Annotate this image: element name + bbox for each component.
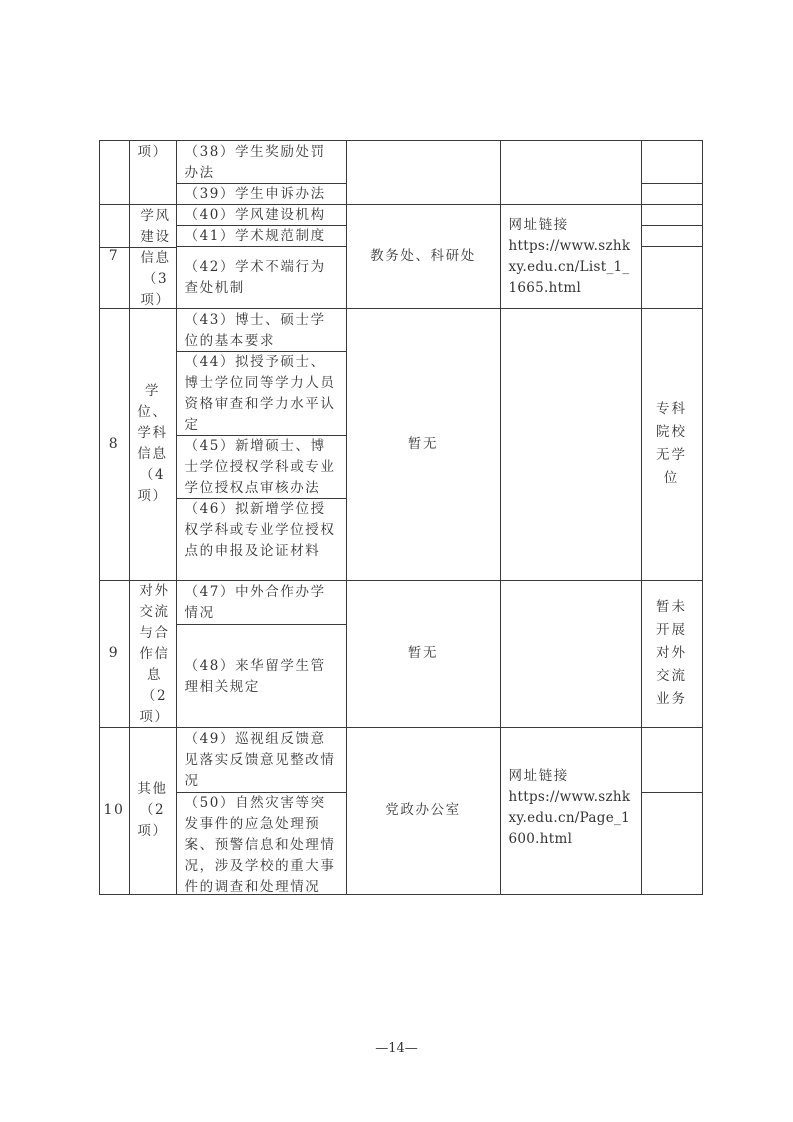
category-text: 学位、学科信息（4项） [135, 381, 171, 507]
item-text: （50）自然灾害等突发事件的应急处理预案、预警信息和处理情况，涉及学校的重大事件… [177, 793, 346, 898]
remark-cell [641, 204, 703, 226]
remark-cell [641, 225, 703, 247]
remark-text: 暂未开展对外交流业务 [652, 596, 692, 711]
row-number-cell: 8 [99, 308, 130, 581]
item-cell: （46）拟新增学位授权学科或专业学位授权点的申报及论证材料 [176, 498, 347, 581]
department-cell: 教务处、科研处 [346, 204, 501, 309]
item-text: （44）拟授予硕士、博士学位同等学力人员资格审查和学力水平认定 [177, 352, 346, 436]
department-cell: 暂无 [346, 580, 501, 728]
item-cell: （49）巡视组反馈意见落实反馈意见整改情况 [176, 727, 347, 793]
row-number: 10 [103, 800, 124, 821]
link-label: 网址链接 [509, 215, 635, 236]
item-text: （42）学术不端行为查处机制 [177, 257, 346, 299]
link-cell [500, 580, 642, 728]
item-cell: （45）新增硕士、博士学位授权学科或专业学位授权点审核办法 [176, 435, 347, 499]
remark-cell: 专科院校无学位 [641, 308, 703, 581]
item-cell: （42）学术不端行为查处机制 [176, 246, 347, 309]
remark-text: 专科院校无学位 [652, 398, 692, 490]
item-cell: （47）中外合作办学情况 [176, 580, 347, 625]
item-text: （43）博士、硕士学位的基本要求 [177, 310, 346, 352]
item-cell: （48）来华留学生管理相关规定 [176, 624, 347, 728]
category-cell: 学风建设信息（3项） [129, 204, 177, 309]
url-link[interactable]: https://www.szhkxy.edu.cn/List_1_1665.ht… [509, 236, 635, 299]
department-cell: 暂无 [346, 308, 501, 581]
item-text: （40）学风建设机构 [177, 205, 346, 226]
item-cell: （39）学生申诉办法 [176, 183, 347, 205]
link-cell [500, 140, 642, 205]
remark-cell [641, 183, 703, 205]
url-link[interactable]: https://www.szhkxy.edu.cn/Page_1600.html [509, 787, 635, 850]
link-cell: 网址链接 https://www.szhkxy.edu.cn/List_1_16… [500, 204, 642, 309]
category-cell: 对外交流与合作信息（2项） [129, 580, 177, 728]
link-cell: 网址链接 https://www.szhkxy.edu.cn/Page_1600… [500, 727, 642, 895]
row-number: 8 [109, 434, 120, 455]
item-cell: （50）自然灾害等突发事件的应急处理预案、预警信息和处理情况，涉及学校的重大事件… [176, 792, 347, 895]
remark-cell [641, 792, 703, 895]
row-number-cell: 7 [99, 204, 130, 309]
link-label: 网址链接 [509, 766, 635, 787]
category-cell: 学位、学科信息（4项） [129, 308, 177, 581]
category-text: 对外交流与合作信息（2项） [136, 581, 174, 728]
category-text: 其他（2项） [134, 779, 172, 842]
department-text: 暂无 [408, 643, 438, 664]
remark-cell [641, 140, 703, 184]
page-number: —14— [0, 1041, 793, 1056]
item-text: （48）来华留学生管理相关规定 [177, 656, 346, 698]
row-number-cell: 10 [99, 727, 130, 895]
item-cell: （43）博士、硕士学位的基本要求 [176, 308, 347, 352]
disclosure-table: 项） （38）学生奖励处罚办法 （39）学生申诉办法 7 学风建设信息（3项） … [99, 140, 703, 895]
item-cell: （44）拟授予硕士、博士学位同等学力人员资格审查和学力水平认定 [176, 351, 347, 436]
department-text: 暂无 [408, 434, 438, 455]
item-text: （39）学生申诉办法 [177, 184, 346, 205]
item-text: （38）学生奖励处罚办法 [177, 142, 346, 184]
department-cell [346, 140, 501, 205]
remark-cell: 暂未开展对外交流业务 [641, 580, 703, 728]
department-text: 党政办公室 [385, 800, 461, 821]
item-text: （41）学术规范制度 [177, 226, 346, 247]
document-page: 项） （38）学生奖励处罚办法 （39）学生申诉办法 7 学风建设信息（3项） … [0, 0, 793, 1122]
row-number: 9 [109, 643, 120, 664]
category-cell: 其他（2项） [129, 727, 177, 895]
category-text: 学风建设信息（3项） [138, 206, 174, 311]
item-text: （49）巡视组反馈意见落实反馈意见整改情况 [177, 729, 346, 792]
remark-cell [641, 246, 703, 309]
item-cell: （40）学风建设机构 [176, 204, 347, 226]
link-cell [500, 308, 642, 581]
item-text: （45）新增硕士、博士学位授权学科或专业学位授权点审核办法 [177, 436, 346, 499]
remark-cell [641, 727, 703, 793]
item-cell: （41）学术规范制度 [176, 225, 347, 247]
row-number-cell: 9 [99, 580, 130, 728]
item-text: （46）拟新增学位授权学科或专业学位授权点的申报及论证材料 [177, 499, 346, 562]
department-text: 教务处、科研处 [370, 246, 476, 267]
department-cell: 党政办公室 [346, 727, 501, 895]
category-text: 项） [138, 142, 168, 163]
item-cell: （38）学生奖励处罚办法 [176, 140, 347, 184]
item-text: （47）中外合作办学情况 [177, 582, 346, 624]
row-number: 7 [109, 246, 120, 267]
